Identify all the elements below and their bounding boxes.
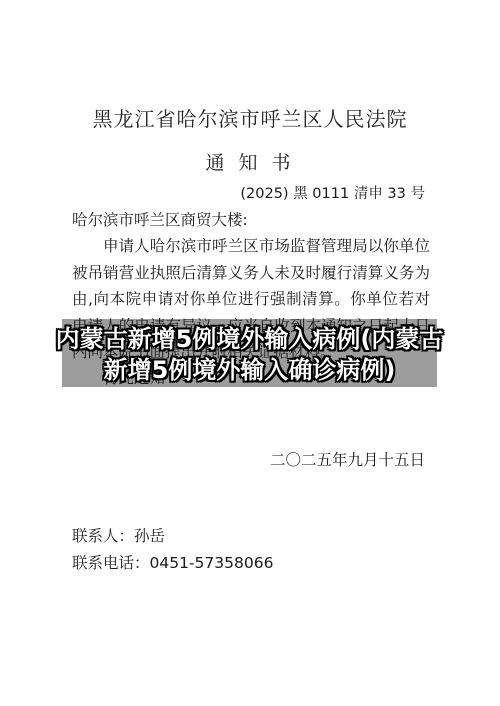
document-type-title: 通 知 书 [0,148,500,175]
court-title: 黑龙江省哈尔滨市呼兰区人民法院 [0,103,500,132]
date-line: 二〇二五年九月十五日 [270,448,425,470]
contact-person-line: 联系人：孙岳 [72,524,165,546]
notice-body-paragraph: 申请人哈尔滨市呼兰区市场监督管理局以你单位被吊销营业执照后清算义务人未及时履行清… [72,233,430,366]
recipient-line: 哈尔滨市呼兰区商贸大楼: [72,208,248,230]
contact-phone-line: 联系电话：0451-57358066 [72,551,273,573]
closing-line: 特此通知 [72,366,165,388]
notice-document-page: 黑龙江省哈尔滨市呼兰区人民法院 通 知 书 (2025) 黑 0111 清申 3… [0,0,500,706]
case-number: (2025) 黑 0111 清申 33 号 [240,182,425,203]
